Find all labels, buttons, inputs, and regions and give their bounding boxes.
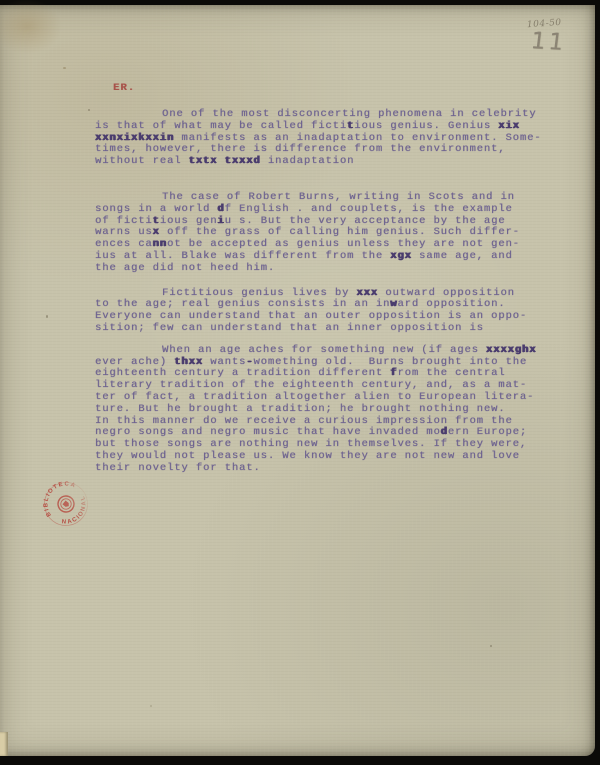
struck-text: t xyxy=(153,215,160,227)
text-run: ences ca xyxy=(95,238,153,250)
struck-text: xgx xyxy=(390,250,412,262)
text-run: ious genius. Genius xyxy=(354,120,498,132)
text-run: ter of fact, a tradition altogether alie… xyxy=(95,391,534,403)
struck-text: xxnxixkxxin xyxy=(95,132,174,144)
struck-text: nn xyxy=(153,238,167,250)
struck-text: d xyxy=(217,203,224,215)
text-run: but those songs are nothing new in thems… xyxy=(95,438,527,450)
svg-text:BIBLIOTECA: BIBLIOTECA xyxy=(35,472,79,520)
text-run: eighteenth century a tradition different xyxy=(95,367,390,379)
text-run: negro songs and negro music that have in… xyxy=(95,426,441,438)
text-run: ious gen xyxy=(160,215,218,227)
paper-speck xyxy=(63,67,66,69)
text-run: ever ache) xyxy=(95,356,174,368)
text-run: u s. But the very acceptance by the age xyxy=(225,215,506,227)
library-stamp: BIBLIOTECA NACIONAL xyxy=(34,472,99,537)
text-run: times, however, there is difference from… xyxy=(95,143,505,155)
struck-text: d xyxy=(441,426,448,438)
struck-text: xxx xyxy=(356,287,378,299)
stamp-crest-icon xyxy=(62,500,70,508)
text-run: inadaptation xyxy=(261,155,355,167)
paper-speck xyxy=(490,645,492,647)
text-run: The case of Robert Burns, writing in Sco… xyxy=(162,191,515,203)
text-run: ture. But he brought a tradition; he bro… xyxy=(95,403,505,415)
typescript-body: One of the most disconcerting phenomena … xyxy=(95,109,550,475)
text-run: songs in a world xyxy=(95,203,217,215)
text-run: Fictitious genius lives by xyxy=(162,287,356,299)
struck-text: x xyxy=(153,226,160,238)
struck-text: thxx xyxy=(174,356,203,368)
typescript-line: their novelty for that. xyxy=(95,463,550,475)
text-run: warns us xyxy=(95,226,153,238)
text-run: One of the most disconcerting phenomena … xyxy=(162,108,536,120)
struck-text: xxxxghx xyxy=(486,344,536,356)
struck-text: xix xyxy=(498,120,520,132)
text-run: they would not please us. We know they a… xyxy=(95,450,520,462)
typescript-line: the age did not heed him. xyxy=(95,263,550,275)
typescript-line: sition; few can understand that an inner… xyxy=(95,323,550,335)
text-run: ius at all. Blake was different from the xyxy=(95,250,390,262)
text-run: womething old. Burns brought into the xyxy=(253,356,527,368)
paper-speck xyxy=(150,705,152,707)
stamp-text-top: BIBLIOTECA xyxy=(35,472,79,520)
text-run: the age did not heed him. xyxy=(95,262,275,274)
text-run: f English . and couplets, is the example xyxy=(225,203,513,215)
text-run: ot be accepted as genius unless they are… xyxy=(167,238,520,250)
typed-heading: ER. xyxy=(113,82,135,94)
text-run: ern Europe; xyxy=(448,426,527,438)
text-run: their novelty for that. xyxy=(95,462,261,474)
text-run: manifests as an inadaptation to environm… xyxy=(174,132,541,144)
text-run: same age, and xyxy=(412,250,513,262)
text-run: sition; few can understand that an inner… xyxy=(95,322,484,334)
struck-text: txxxd xyxy=(225,155,261,167)
underlying-page-edge xyxy=(0,732,8,756)
text-run: is that of what may be called ficti xyxy=(95,120,347,132)
pencil-page-number: 11 xyxy=(529,28,567,56)
paper-stain xyxy=(0,0,62,54)
text-run: of ficti xyxy=(95,215,153,227)
typescript-paragraph: When an age aches for something new (if … xyxy=(95,345,550,475)
typescript-paragraph: One of the most disconcerting phenomena … xyxy=(95,109,550,168)
typescript-paragraph: The case of Robert Burns, writing in Sco… xyxy=(95,192,550,275)
text-run: ard opposition. xyxy=(397,298,505,310)
text-run xyxy=(217,155,224,167)
manuscript-page: 104-50 11 ER. One of the most disconcert… xyxy=(0,5,595,756)
text-run: off the grass of calling him genius. Suc… xyxy=(160,226,520,238)
text-run: In this manner do we receive a curious i… xyxy=(95,415,513,427)
text-run: Everyone can understand that an outer op… xyxy=(95,310,527,322)
text-run: wants xyxy=(203,356,246,368)
text-run: literary tradition of the eighteenth cen… xyxy=(95,379,527,391)
struck-text: i xyxy=(217,215,224,227)
typescript-line: without real txtx txxxd inadaptation xyxy=(95,156,550,168)
typescript-paragraph: Fictitious genius lives by xxx outward o… xyxy=(95,288,550,335)
paper-speck xyxy=(46,315,48,318)
paper-speck xyxy=(88,109,90,111)
text-run: outward opposition xyxy=(378,287,515,299)
text-run: to the age; real genius consists in an i… xyxy=(95,298,390,310)
text-run: without real xyxy=(95,155,189,167)
text-run: When an age aches for something new (if … xyxy=(162,344,486,356)
struck-text: txtx xyxy=(189,155,218,167)
text-run: rom the central xyxy=(397,367,505,379)
